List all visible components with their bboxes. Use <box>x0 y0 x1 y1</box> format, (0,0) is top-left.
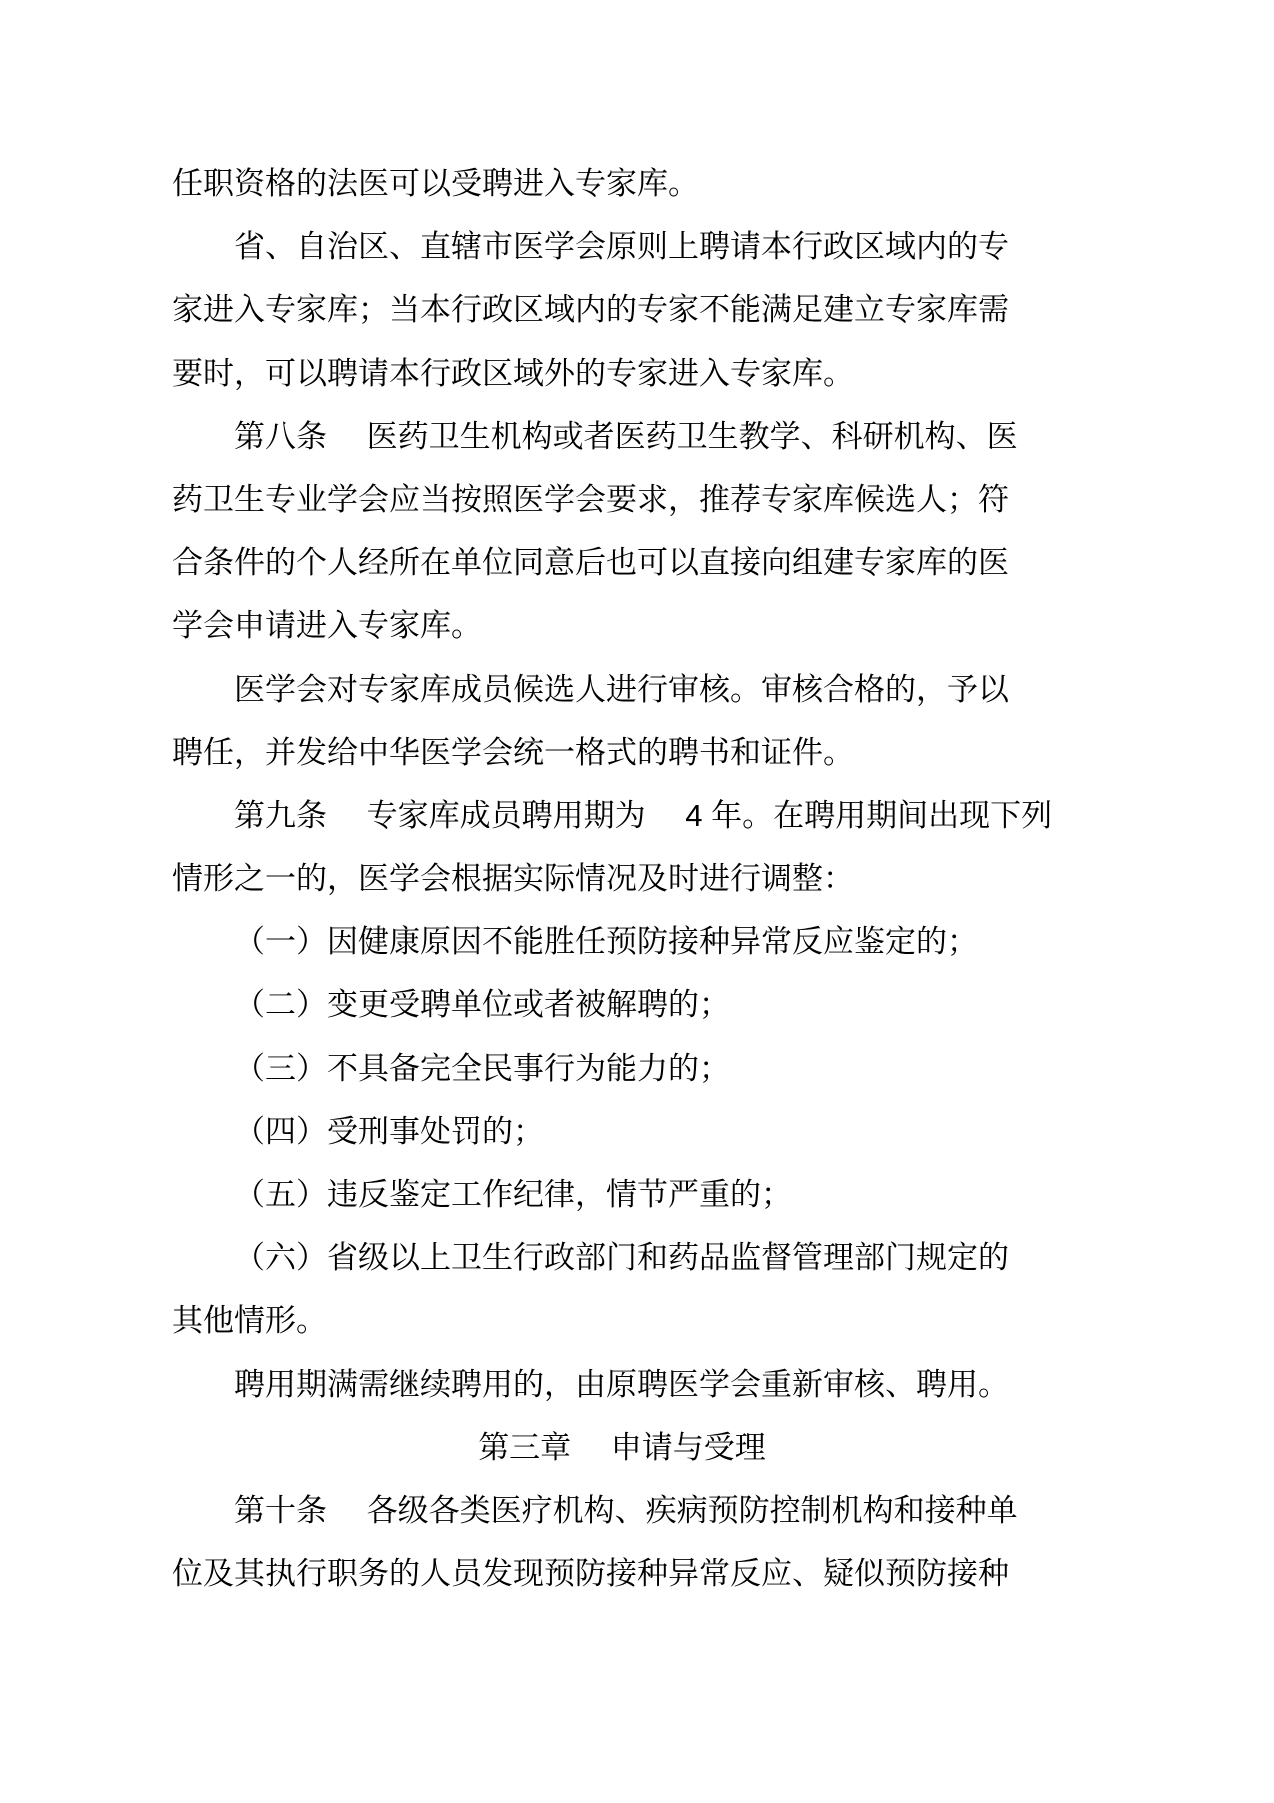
text-line: 其他情形。 <box>172 1289 1072 1352</box>
text-line: 要时，可以聘请本行政区域外的专家进入专家库。 <box>172 342 1072 405</box>
text-line: 位及其执行职务的人员发现预防接种异常反应、疑似预防接种 <box>172 1542 1072 1605</box>
text-line: 省、自治区、直辖市医学会原则上聘请本行政区域内的专 <box>172 215 1072 278</box>
text-line: 第三章 申请与受理 <box>172 1416 1072 1479</box>
text-line: 情形之一的，医学会根据实际情况及时进行调整： <box>172 847 1072 910</box>
text-line: 第九条 专家库成员聘用期为 4 年。在聘用期间出现下列 <box>172 784 1072 847</box>
text-line: 第八条 医药卫生机构或者医药卫生教学、科研机构、医 <box>172 405 1072 468</box>
text-line: 聘用期满需继续聘用的，由原聘医学会重新审核、聘用。 <box>172 1353 1072 1416</box>
text-line: 聘任，并发给中华医学会统一格式的聘书和证件。 <box>172 721 1072 784</box>
text-line: （三）不具备完全民事行为能力的； <box>172 1037 1072 1100</box>
text-line: 合条件的个人经所在单位同意后也可以直接向组建专家库的医 <box>172 531 1072 594</box>
text-line: 任职资格的法医可以受聘进入专家库。 <box>172 152 1072 215</box>
document-body-text: 任职资格的法医可以受聘进入专家库。省、自治区、直辖市医学会原则上聘请本行政区域内… <box>172 152 1072 1605</box>
text-line: （一）因健康原因不能胜任预防接种异常反应鉴定的； <box>172 910 1072 973</box>
text-line: （二）变更受聘单位或者被解聘的； <box>172 973 1072 1036</box>
text-line: 学会申请进入专家库。 <box>172 594 1072 657</box>
text-line: 家进入专家库；当本行政区域内的专家不能满足建立专家库需 <box>172 278 1072 341</box>
document-page: 任职资格的法医可以受聘进入专家库。省、自治区、直辖市医学会原则上聘请本行政区域内… <box>0 0 1274 1803</box>
text-line: 药卫生专业学会应当按照医学会要求，推荐专家库候选人；符 <box>172 468 1072 531</box>
text-line: 第十条 各级各类医疗机构、疾病预防控制机构和接种单 <box>172 1479 1072 1542</box>
text-line: （五）违反鉴定工作纪律，情节严重的； <box>172 1163 1072 1226</box>
text-line: 医学会对专家库成员候选人进行审核。审核合格的，予以 <box>172 658 1072 721</box>
text-line: （四）受刑事处罚的； <box>172 1100 1072 1163</box>
text-line: （六）省级以上卫生行政部门和药品监督管理部门规定的 <box>172 1226 1072 1289</box>
